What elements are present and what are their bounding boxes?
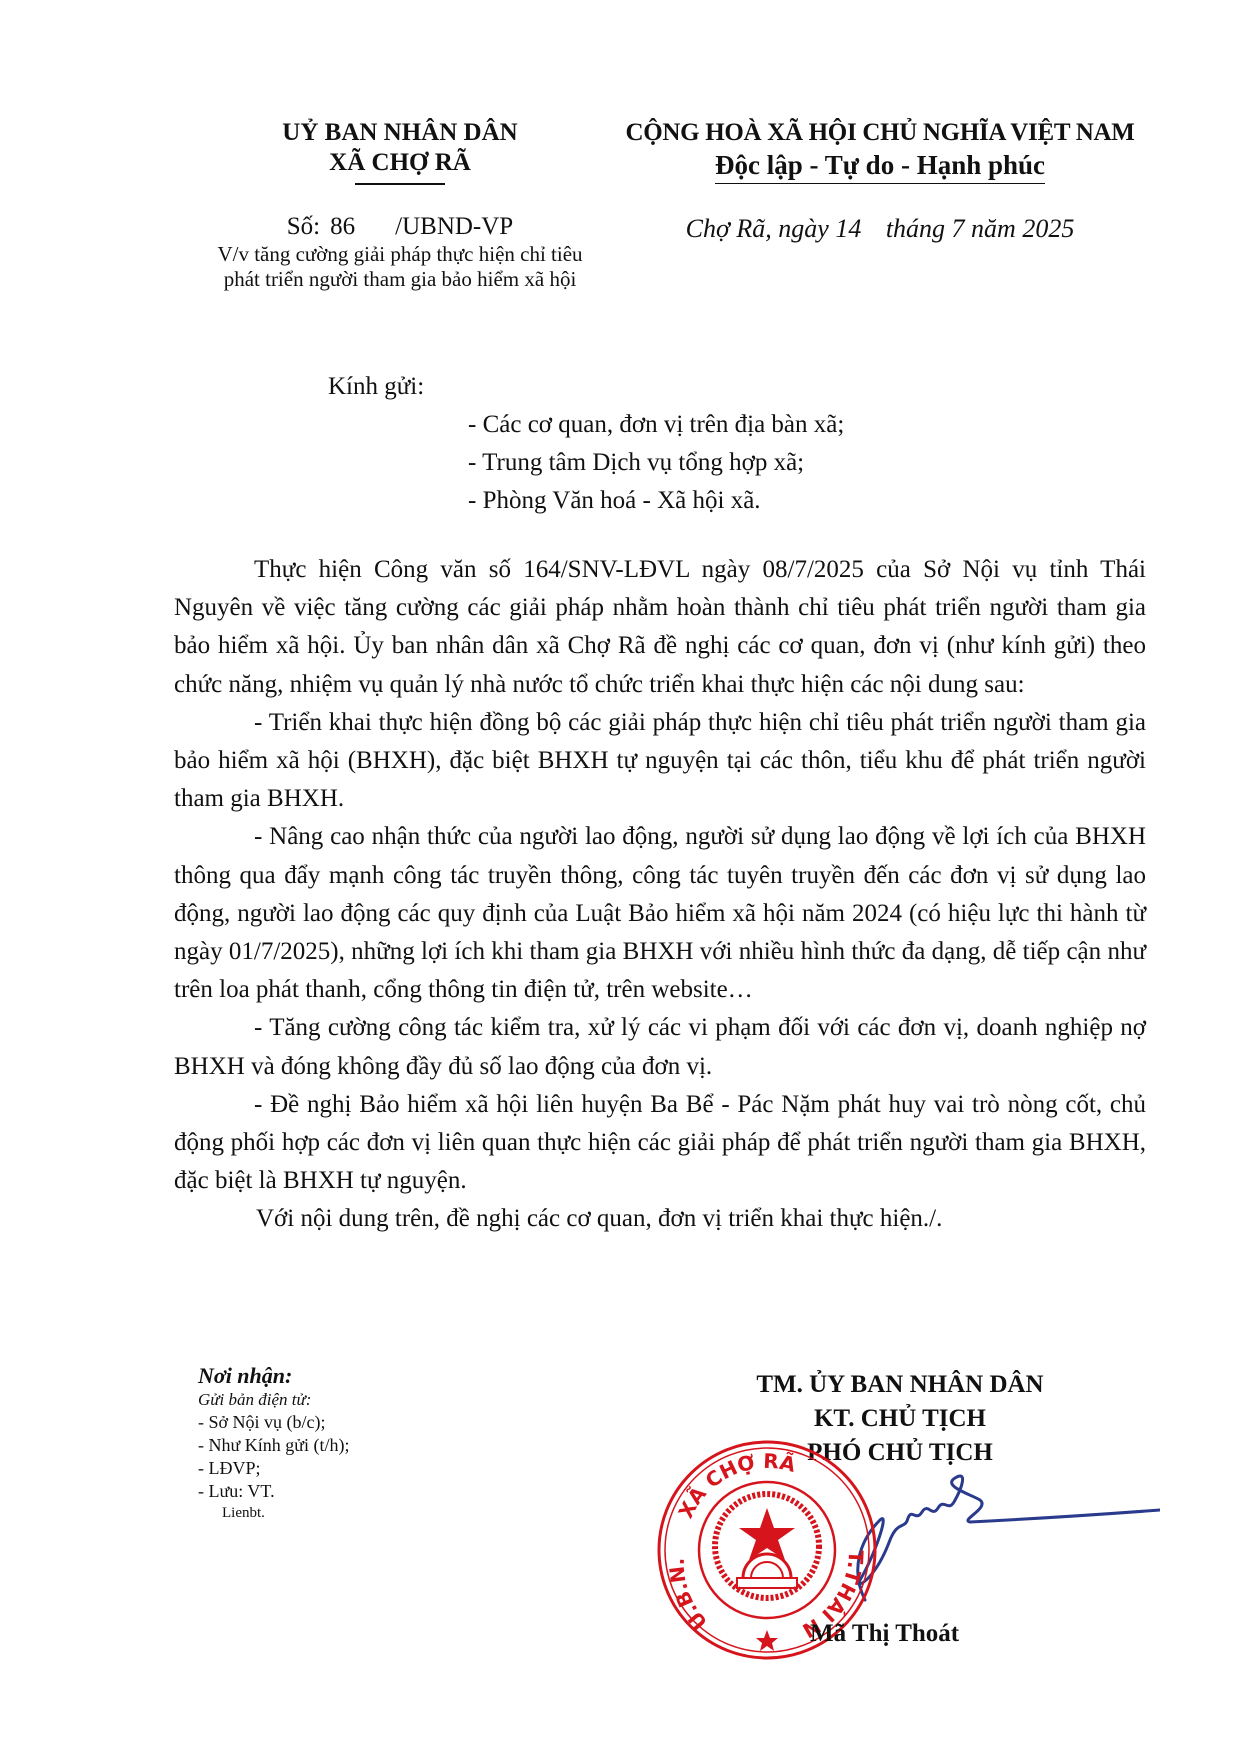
body-paragraph: - Nâng cao nhận thức của người lao động,… [174, 818, 1146, 1009]
number-suffix: /UBND-VP [395, 213, 513, 240]
svg-text:U.B.N.D: U.B.N.D [655, 1438, 712, 1635]
date-day: 14 [835, 214, 861, 243]
svg-text:XÃ CHỢ RÃ: XÃ CHỢ RÃ [673, 1449, 798, 1522]
national-header: CỘNG HOÀ XÃ HỘI CHỦ NGHĨA VIỆT NAM Độc l… [600, 118, 1160, 184]
drafter-initials: Lienbt. [198, 1503, 478, 1523]
authority-name-line1: UỶ BAN NHÂN DÂN [200, 118, 600, 148]
signer-authority: TM. ỦY BAN NHÂN DÂN [720, 1368, 1080, 1402]
distribution-item: - Lưu: VT. [198, 1480, 478, 1503]
date-line: Chợ Rã, ngày 14 tháng 7 năm 2025 [600, 214, 1160, 244]
closing-paragraph: Với nội dung trên, đề nghị các cơ quan, … [174, 1200, 1146, 1238]
signer-capacity: KT. CHỦ TỊCH [720, 1402, 1080, 1436]
issuing-authority: UỶ BAN NHÂN DÂN XÃ CHỢ RÃ [200, 118, 600, 185]
body-paragraph: - Tăng cường công tác kiểm tra, xử lý cá… [174, 1009, 1146, 1085]
distribution-item: - LĐVP; [198, 1457, 478, 1480]
number-value: 86 [330, 212, 355, 242]
nation-name: CỘNG HOÀ XÃ HỘI CHỦ NGHĨA VIỆT NAM [600, 118, 1160, 148]
signer-name: Mã Thị Thoát [810, 1620, 959, 1648]
distribution-item: - Như Kính gửi (t/h); [198, 1434, 478, 1457]
body-paragraph: - Triển khai thực hiện đồng bộ các giải … [174, 704, 1146, 819]
national-motto: Độc lập - Tự do - Hạnh phúc [715, 148, 1045, 184]
distribution-subtitle: Gửi bản điện tử: [198, 1389, 478, 1411]
number-prefix: Số: [287, 213, 320, 240]
recipient-item: - Các cơ quan, đơn vị trên địa bàn xã; [468, 406, 844, 444]
distribution-list: Nơi nhận: Gửi bản điện tử: - Sở Nội vụ (… [198, 1363, 478, 1523]
document-number: Số:86/UBND-VP [200, 212, 600, 242]
document-subject: V/v tăng cường giải pháp thực hiện chỉ t… [200, 242, 600, 292]
authority-underline [355, 183, 445, 185]
distribution-title: Nơi nhận: [198, 1363, 478, 1389]
recipient-list: - Các cơ quan, đơn vị trên địa bàn xã; -… [468, 406, 844, 520]
authority-name-line2: XÃ CHỢ RÃ [200, 148, 600, 178]
body-paragraph: - Đề nghị Bảo hiểm xã hội liên huyện Ba … [174, 1086, 1146, 1201]
body-paragraph: Thực hiện Công văn số 164/SNV-LĐVL ngày … [174, 551, 1146, 704]
distribution-item: - Sở Nội vụ (b/c); [198, 1411, 478, 1434]
date-place: Chợ Rã, ngày [686, 214, 829, 243]
recipient-item: - Trung tâm Dịch vụ tổng hợp xã; [468, 444, 844, 482]
date-month-year: tháng 7 năm 2025 [886, 214, 1075, 243]
recipient-item: - Phòng Văn hoá - Xã hội xã. [468, 482, 844, 520]
document-body: Thực hiện Công văn số 164/SNV-LĐVL ngày … [174, 551, 1146, 1239]
salutation-label: Kính gửi: [328, 372, 424, 402]
